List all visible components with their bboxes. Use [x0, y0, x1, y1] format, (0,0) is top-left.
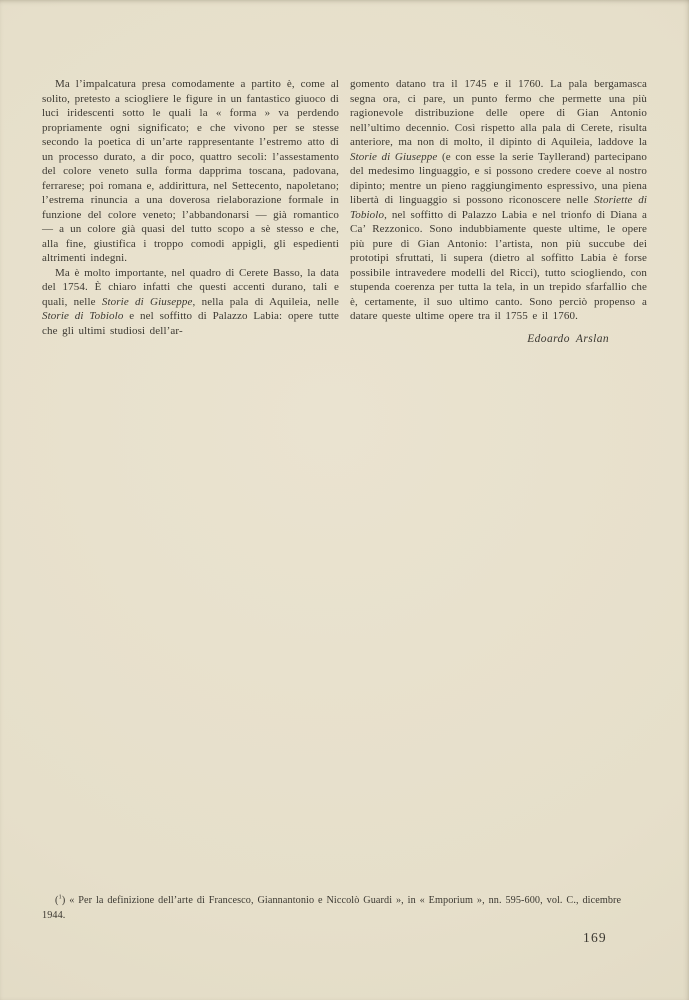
book-page: Ma l’impalcatura presa comodamente a par… [0, 0, 689, 1000]
author-signature: Edoardo Arslan [350, 333, 609, 345]
paragraph: Ma l’impalcatura presa comodamente a par… [42, 77, 339, 266]
text-column-left: Ma l’impalcatura presa comodamente a par… [42, 77, 339, 345]
page-number: 169 [583, 930, 607, 946]
paragraph: Ma è molto importante, nel quadro di Cer… [42, 266, 339, 339]
italic-text-run: Storie di Giuseppe [102, 296, 193, 308]
article-body: Ma l’impalcatura presa comodamente a par… [42, 77, 648, 345]
text-run: Ma l’impalcatura presa comodamente a par… [42, 78, 339, 264]
text-run: gomento datano tra il 1745 e il 1760. La… [350, 78, 647, 148]
text-run: ) « Per la definizione dell’arte di Fran… [42, 895, 621, 921]
footnote: (1) « Per la definizione dell’arte di Fr… [42, 894, 643, 923]
italic-text-run: Storie di Tobiolo [42, 310, 123, 322]
text-run: , nel soffitto di Palazzo Labia e nel tr… [350, 209, 647, 323]
text-column-right: gomento datano tra il 1745 e il 1760. La… [350, 77, 647, 345]
text-run: , nella pala di Aquileia, nelle [193, 296, 339, 308]
paragraph: gomento datano tra il 1745 e il 1760. La… [350, 77, 647, 324]
italic-text-run: Storie di Giuseppe [350, 151, 437, 163]
